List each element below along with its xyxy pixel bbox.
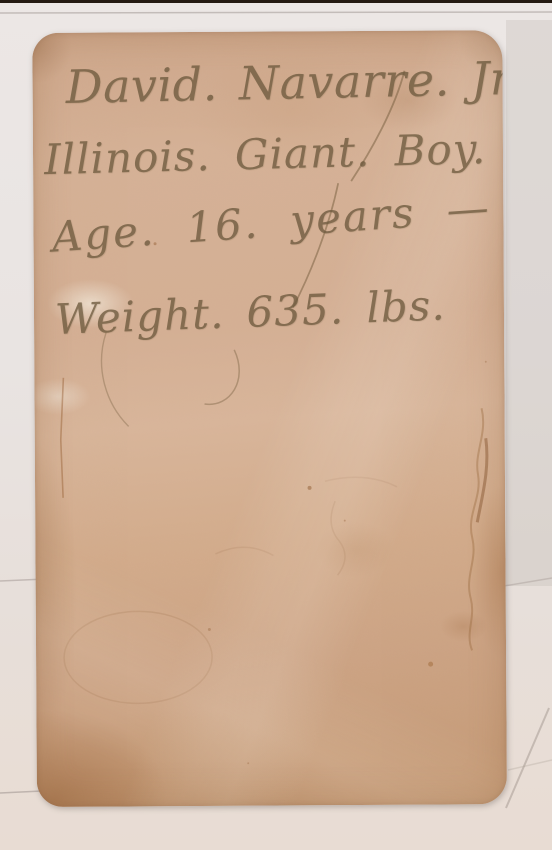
inscription-name-line: David. Navarre. Jr. [65, 55, 507, 110]
inscription-weight-line: Weight. 635. lbs. [54, 284, 446, 341]
inscription-age-line: Age. 16. years — [51, 186, 492, 258]
cdv-card-back: David. Navarre. Jr. Illinois. Giant. Boy… [32, 30, 507, 807]
photograph-background: David. Navarre. Jr. Illinois. Giant. Boy… [0, 0, 552, 850]
inscription-subject-line: Illinois. Giant. Boy. [44, 128, 487, 181]
